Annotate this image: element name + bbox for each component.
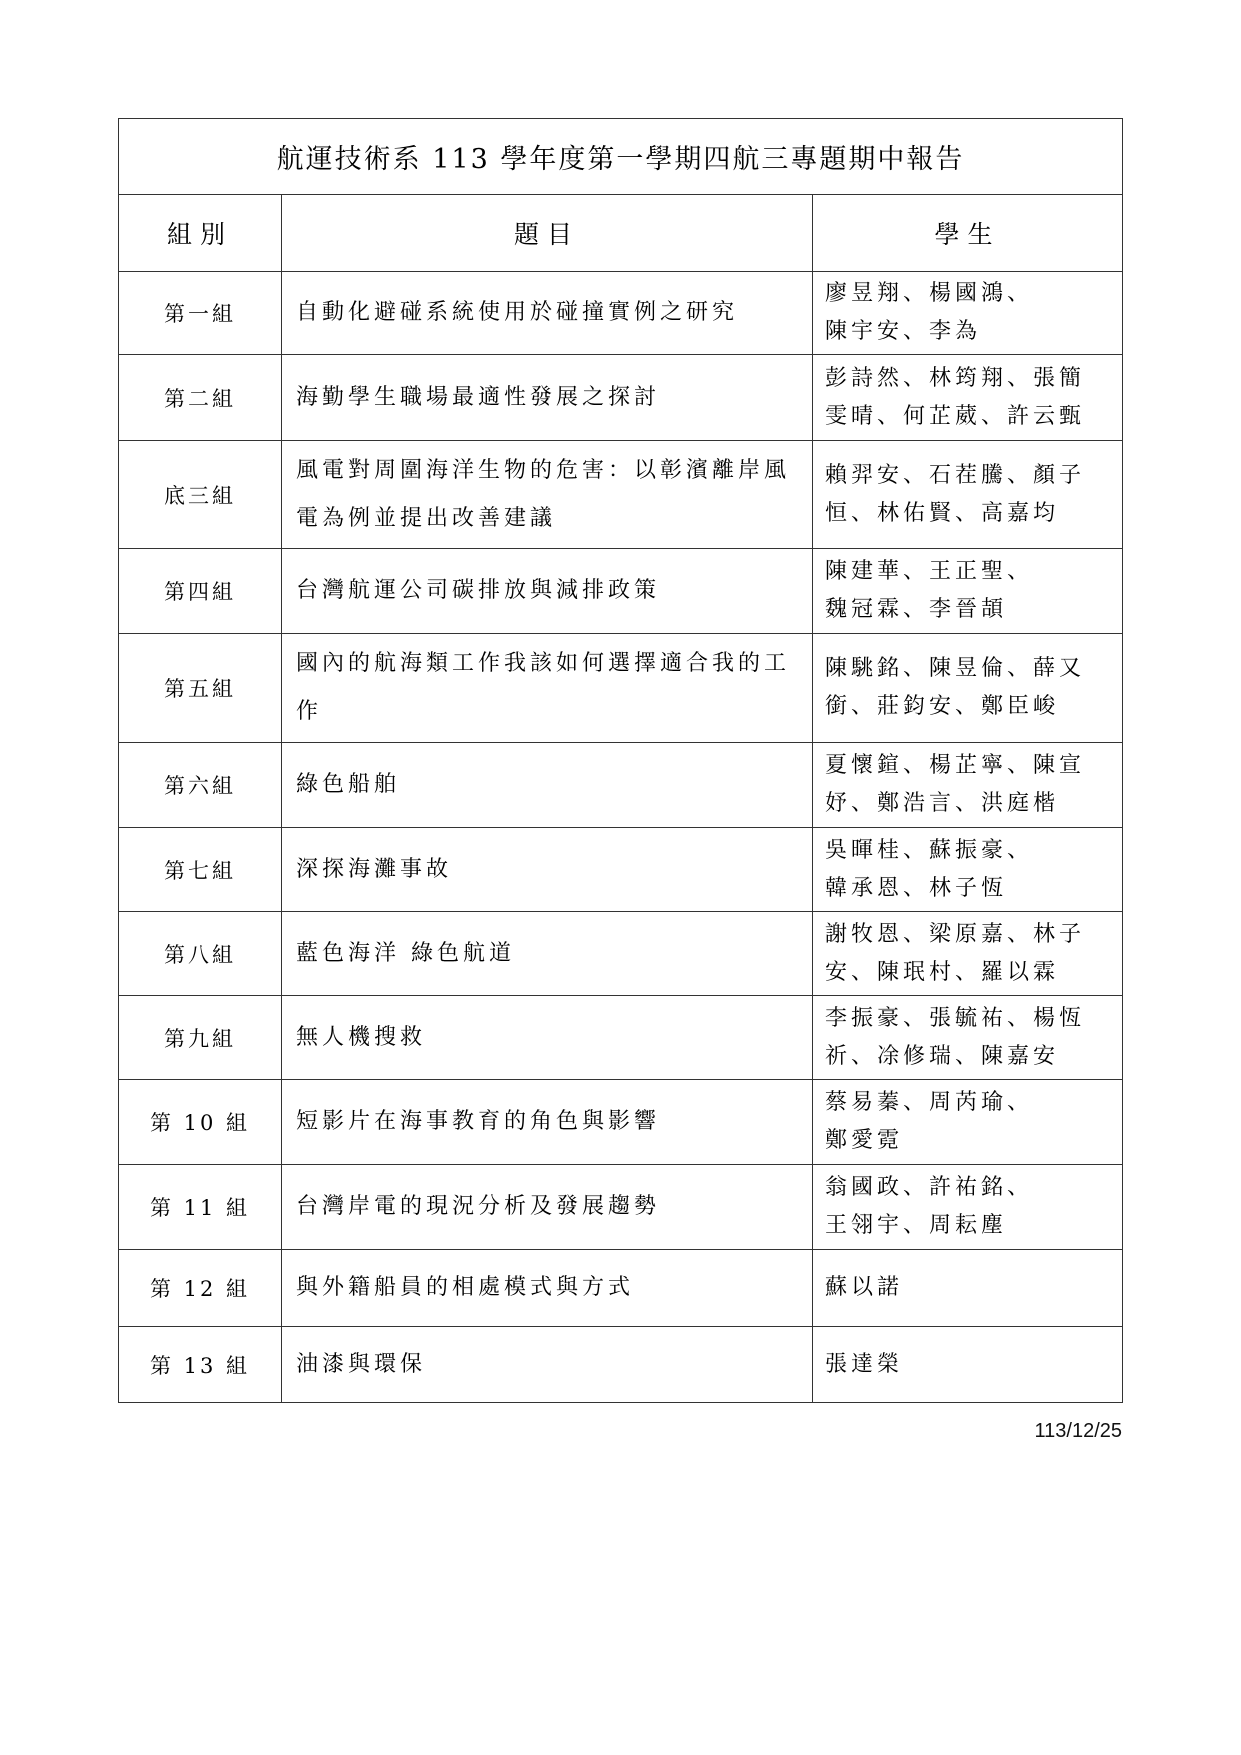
document-title: 航運技術系 113 學年度第一學期四航三專題期中報告 — [119, 119, 1123, 195]
students-cell: 張達榮 — [813, 1327, 1123, 1403]
student-names-line: 彭詩然、林筠翔、張簡 — [825, 360, 1122, 398]
document-page: 航運技術系 113 學年度第一學期四航三專題期中報告 組別 題目 學生 第一組自… — [0, 0, 1241, 1755]
group-label: 第 11 組 — [119, 1165, 282, 1250]
students-cell: 吳暉桂、蘇振豪、韓承恩、林子恆 — [813, 828, 1123, 912]
students-cell: 謝牧恩、梁原嘉、林子安、陳珉村、羅以霖 — [813, 912, 1123, 996]
topic-text: 綠色船舶 — [282, 743, 813, 828]
table-row: 第 13 組油漆與環保張達榮 — [119, 1327, 1123, 1403]
student-names-line: 魏冠霖、李晉頡 — [825, 591, 1122, 629]
student-names-line: 陳駣銘、陳昱倫、薛又 — [825, 650, 1122, 688]
table-row: 第二組海勤學生職場最適性發展之探討彭詩然、林筠翔、張簡雯晴、何芷葳、許云甄 — [119, 355, 1123, 441]
table-row: 第九組無人機搜救李振豪、張毓祐、楊恆祈、凃修瑞、陳嘉安 — [119, 996, 1123, 1080]
table-row: 第 11 組台灣岸電的現況分析及發展趨勢翁國政、許祐銘、王翎宇、周耘塵 — [119, 1165, 1123, 1250]
group-label: 第 12 組 — [119, 1250, 282, 1327]
table-row: 底三組風電對周圍海洋生物的危害：以彰濱離岸風電為例並提出改善建議賴羿安、石茬騰、… — [119, 441, 1123, 549]
students-cell: 彭詩然、林筠翔、張簡雯晴、何芷葳、許云甄 — [813, 355, 1123, 441]
student-names-line: 王翎宇、周耘塵 — [825, 1207, 1122, 1245]
topic-text: 無人機搜救 — [282, 996, 813, 1080]
table-row: 第四組台灣航運公司碳排放與減排政策陳建華、王正聖、魏冠霖、李晉頡 — [119, 549, 1123, 634]
header-group: 組別 — [119, 195, 282, 272]
student-names-line: 陳宇安、李為 — [825, 313, 1122, 351]
student-names-line: 恒、林佑賢、高嘉均 — [825, 495, 1122, 533]
topic-text: 與外籍船員的相處模式與方式 — [282, 1250, 813, 1327]
students-cell: 廖昱翔、楊國鴻、陳宇安、李為 — [813, 272, 1123, 355]
student-names-line: 雯晴、何芷葳、許云甄 — [825, 398, 1122, 436]
topic-text: 海勤學生職場最適性發展之探討 — [282, 355, 813, 441]
table-row: 第八組藍色海洋 綠色航道謝牧恩、梁原嘉、林子安、陳珉村、羅以霖 — [119, 912, 1123, 996]
student-names-line: 鄭愛霓 — [825, 1122, 1122, 1160]
students-cell: 夏懷鍹、楊芷寧、陳宣妤、鄭浩言、洪庭楷 — [813, 743, 1123, 828]
group-label: 第一組 — [119, 272, 282, 355]
table-row: 第 12 組與外籍船員的相處模式與方式蘇以諾 — [119, 1250, 1123, 1327]
student-names-line: 夏懷鍹、楊芷寧、陳宣 — [825, 747, 1122, 785]
topic-text: 國內的航海類工作我該如何選擇適合我的工作 — [282, 634, 813, 743]
table-row: 第 10 組短影片在海事教育的角色與影響蔡易蓁、周芮瑜、鄭愛霓 — [119, 1080, 1123, 1165]
topic-text: 藍色海洋 綠色航道 — [282, 912, 813, 996]
group-label: 第六組 — [119, 743, 282, 828]
topic-text: 台灣航運公司碳排放與減排政策 — [282, 549, 813, 634]
table-body: 第一組自動化避碰系統使用於碰撞實例之研究廖昱翔、楊國鴻、陳宇安、李為第二組海勤學… — [119, 272, 1123, 1403]
title-row: 航運技術系 113 學年度第一學期四航三專題期中報告 — [119, 119, 1123, 195]
student-names-line: 謝牧恩、梁原嘉、林子 — [825, 916, 1122, 954]
students-cell: 蔡易蓁、周芮瑜、鄭愛霓 — [813, 1080, 1123, 1165]
table-row: 第七組深探海灘事故吳暉桂、蘇振豪、韓承恩、林子恆 — [119, 828, 1123, 912]
group-label: 第九組 — [119, 996, 282, 1080]
table-row: 第五組國內的航海類工作我該如何選擇適合我的工作陳駣銘、陳昱倫、薛又銜、莊鈞安、鄭… — [119, 634, 1123, 743]
topic-text: 台灣岸電的現況分析及發展趨勢 — [282, 1165, 813, 1250]
students-cell: 蘇以諾 — [813, 1250, 1123, 1327]
group-label: 第二組 — [119, 355, 282, 441]
student-names-line: 吳暉桂、蘇振豪、 — [825, 832, 1122, 870]
student-names-line: 翁國政、許祐銘、 — [825, 1169, 1122, 1207]
student-names-line: 蔡易蓁、周芮瑜、 — [825, 1084, 1122, 1122]
topic-text: 油漆與環保 — [282, 1327, 813, 1403]
header-students: 學生 — [813, 195, 1123, 272]
students-cell: 李振豪、張毓祐、楊恆祈、凃修瑞、陳嘉安 — [813, 996, 1123, 1080]
students-cell: 翁國政、許祐銘、王翎宇、周耘塵 — [813, 1165, 1123, 1250]
students-cell: 陳建華、王正聖、魏冠霖、李晉頡 — [813, 549, 1123, 634]
student-names-line: 銜、莊鈞安、鄭臣峻 — [825, 688, 1122, 726]
header-topic: 題目 — [282, 195, 813, 272]
student-names-line: 蘇以諾 — [825, 1269, 1122, 1307]
topic-text: 自動化避碰系統使用於碰撞實例之研究 — [282, 272, 813, 355]
student-names-line: 張達榮 — [825, 1346, 1122, 1384]
topic-text: 風電對周圍海洋生物的危害：以彰濱離岸風電為例並提出改善建議 — [282, 441, 813, 549]
student-names-line: 李振豪、張毓祐、楊恆 — [825, 1000, 1122, 1038]
header-row: 組別 題目 學生 — [119, 195, 1123, 272]
group-label: 第五組 — [119, 634, 282, 743]
group-label: 底三組 — [119, 441, 282, 549]
students-cell: 賴羿安、石茬騰、顏子恒、林佑賢、高嘉均 — [813, 441, 1123, 549]
table-row: 第六組綠色船舶夏懷鍹、楊芷寧、陳宣妤、鄭浩言、洪庭楷 — [119, 743, 1123, 828]
student-names-line: 陳建華、王正聖、 — [825, 553, 1122, 591]
group-label: 第四組 — [119, 549, 282, 634]
group-label: 第 10 組 — [119, 1080, 282, 1165]
group-label: 第七組 — [119, 828, 282, 912]
student-names-line: 韓承恩、林子恆 — [825, 870, 1122, 908]
student-names-line: 妤、鄭浩言、洪庭楷 — [825, 785, 1122, 823]
student-names-line: 賴羿安、石茬騰、顏子 — [825, 457, 1122, 495]
document-date: 113/12/25 — [900, 1420, 1122, 1443]
report-table: 航運技術系 113 學年度第一學期四航三專題期中報告 組別 題目 學生 第一組自… — [118, 118, 1123, 1403]
topic-text: 短影片在海事教育的角色與影響 — [282, 1080, 813, 1165]
table-row: 第一組自動化避碰系統使用於碰撞實例之研究廖昱翔、楊國鴻、陳宇安、李為 — [119, 272, 1123, 355]
students-cell: 陳駣銘、陳昱倫、薛又銜、莊鈞安、鄭臣峻 — [813, 634, 1123, 743]
group-label: 第八組 — [119, 912, 282, 996]
topic-text: 深探海灘事故 — [282, 828, 813, 912]
student-names-line: 祈、凃修瑞、陳嘉安 — [825, 1038, 1122, 1076]
group-label: 第 13 組 — [119, 1327, 282, 1403]
student-names-line: 安、陳珉村、羅以霖 — [825, 954, 1122, 992]
student-names-line: 廖昱翔、楊國鴻、 — [825, 275, 1122, 313]
